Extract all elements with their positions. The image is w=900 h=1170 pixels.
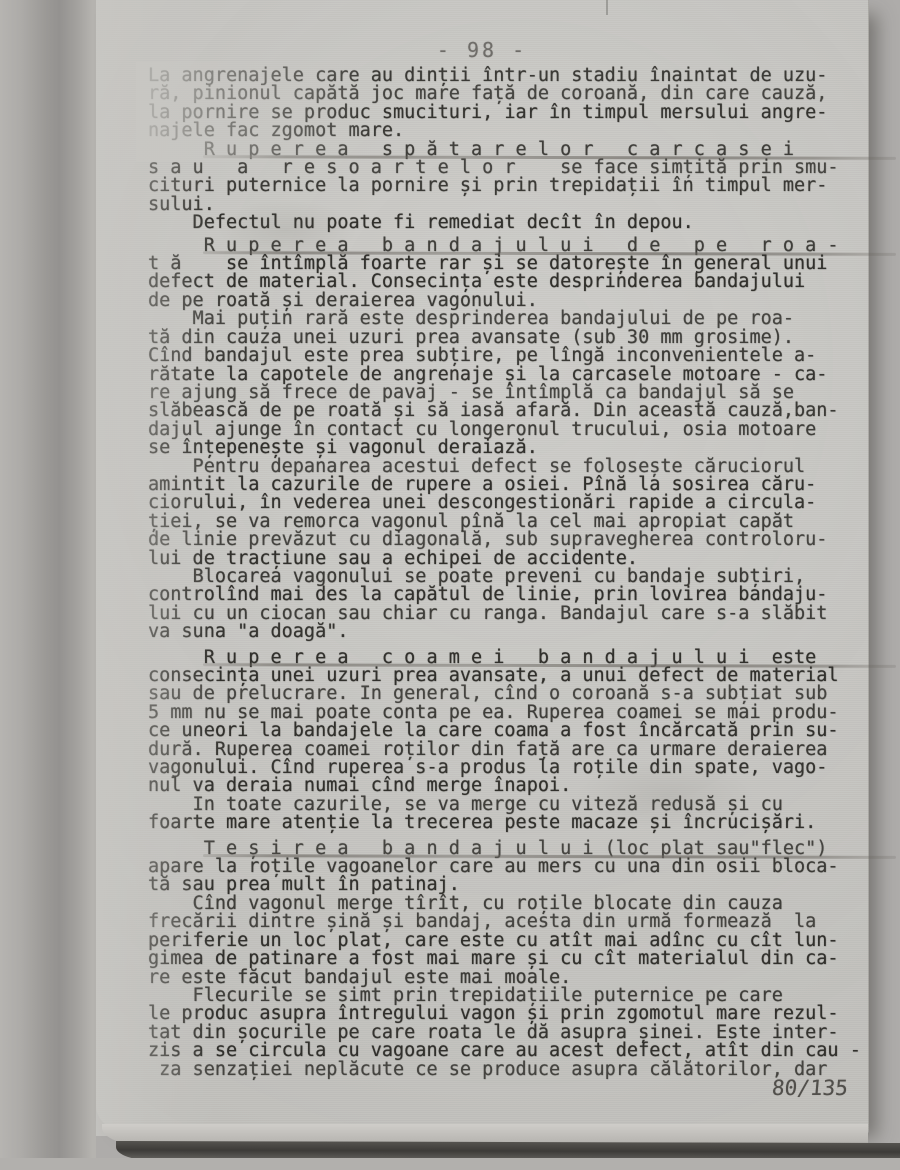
text-line: ciorului, în vederea unei descongestionă… [148, 494, 872, 512]
page-footer-number: 80/135 [771, 1076, 849, 1100]
scanner-background [0, 1158, 900, 1170]
line-text: Defectul nu poate fi remediat decît în d… [148, 212, 694, 233]
scanned-book-page: - 98 - La angrenajele care au dinții înt… [0, 0, 900, 1170]
text-line: va suna "a doagă". [148, 623, 872, 641]
line-text: se înțepenește și vagonul deraiază. [148, 437, 538, 458]
paper-page: - 98 - La angrenajele care au dinții înt… [96, 0, 869, 1136]
line-text: Cînd bandajul este prea subțire, pe lîng… [148, 345, 816, 366]
text-line: ce uneori la bandajele la care coama a f… [148, 722, 872, 740]
text-line: se înțepenește și vagonul deraiază. [148, 439, 872, 457]
text-line: le produc asupra întregului vagon și pri… [148, 1005, 872, 1023]
page-number-header: - 98 - [96, 38, 868, 62]
line-text: gimea de patinare a fost mai mare și cu … [148, 948, 839, 969]
line-text: cituri puternice la pornire și prin trep… [148, 175, 827, 196]
line-text: za senzației neplăcute ce se produce asu… [148, 1059, 827, 1080]
text-line: za senzației neplăcute ce se produce asu… [148, 1061, 872, 1079]
text-line: Mai puțin rară este desprinderea bandaju… [148, 310, 872, 328]
scan-scratch-mark [606, 0, 608, 15]
book-gutter-shadow [0, 0, 96, 1170]
line-text: foarte mare atenție la trecerea peste ma… [148, 812, 816, 833]
text-line: Defectul nu poate fi remediat decît în d… [148, 214, 872, 232]
text-line: cituri puternice la pornire și prin trep… [148, 177, 872, 195]
line-text: va suna "a doagă". [148, 621, 348, 642]
text-line: slăbească de pe roată și să iasă afară. … [148, 402, 872, 420]
line-text: zis a se circula cu vagoane care au aces… [148, 1040, 861, 1061]
page-text: La angrenajele care au dinții într-un st… [148, 67, 872, 1079]
text-line: najele fac zgomot mare. [148, 122, 872, 140]
text-line: Cînd bandajul este prea subțire, pe lîng… [148, 347, 872, 365]
text-line: gimea de patinare a fost mai mare și cu … [148, 950, 872, 968]
text-line: zis a se circula cu vagoane care au aces… [148, 1042, 872, 1060]
text-line: foarte mare atenție la trecerea peste ma… [148, 814, 872, 832]
